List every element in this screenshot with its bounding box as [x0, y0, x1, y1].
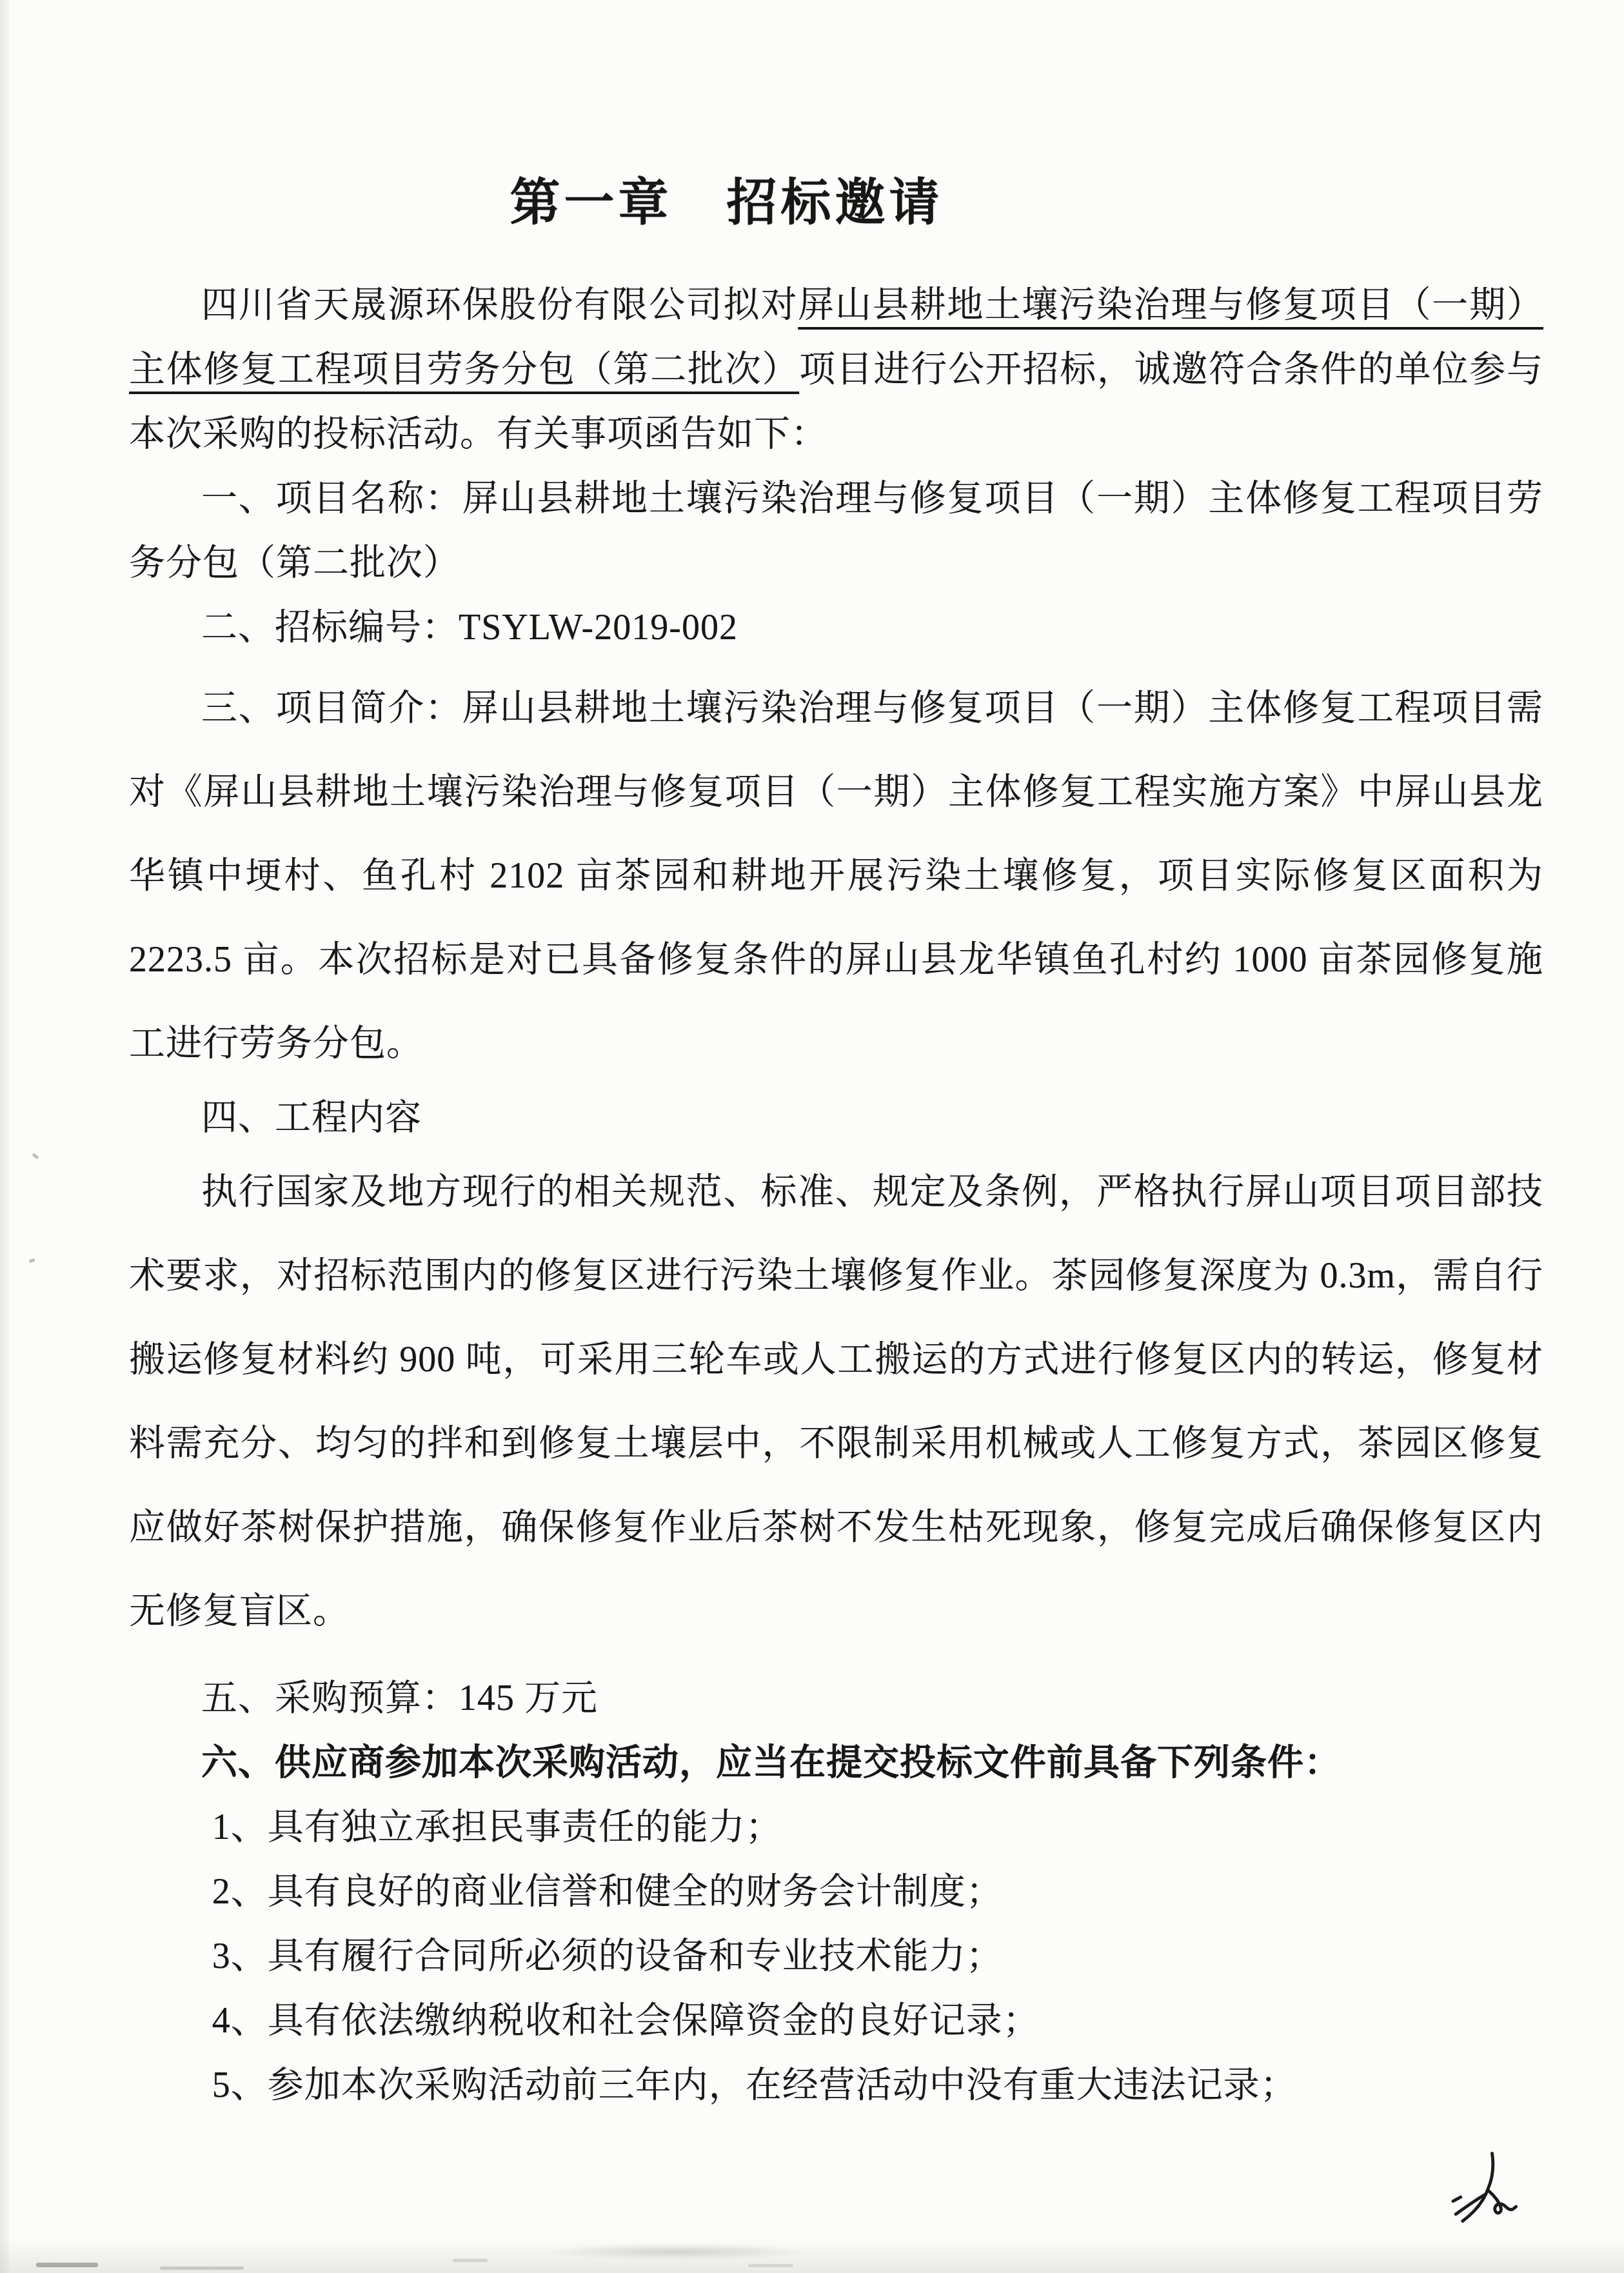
scan-artifact-dash — [160, 2267, 244, 2270]
document-page: 第一章 招标邀请 四川省天晟源环保股份有限公司拟对屏山县耕地土壤污染治理与修复项… — [0, 0, 1624, 2273]
scan-edge-artifact — [0, 0, 9, 2273]
intro-paragraph: 四川省天晟源环保股份有限公司拟对屏山县耕地土壤污染治理与修复项目（一期）主体修复… — [129, 273, 1543, 466]
condition-item-5: 5、参加本次采购活动前三年内，在经营活动中没有重大违法记录； — [129, 2053, 1543, 2118]
section-project-intro: 三、项目简介：屏山县耕地土壤污染治理与修复项目（一期）主体修复工程项目需对《屏山… — [129, 666, 1543, 1086]
section-budget: 五、采购预算：145 万元 — [129, 1666, 1543, 1731]
section-supplier-conditions-heading: 六、供应商参加本次采购活动，应当在提交投标文件前具备下列条件： — [129, 1731, 1543, 1795]
section-project-name: 一、项目名称：屏山县耕地土壤污染治理与修复项目（一期）主体修复工程项目劳务分包（… — [129, 466, 1543, 595]
section-work-content-body: 执行国家及地方现行的相关规范、标准、规定及条例，严格执行屏山项目项目部技术要求，… — [129, 1150, 1543, 1653]
scan-speck — [32, 1153, 39, 1160]
condition-item-2: 2、具有良好的商业信誉和健全的财务会计制度； — [129, 1860, 1543, 1924]
scan-bottom-smudge — [542, 2243, 813, 2260]
condition-item-3: 3、具有履行合同所必须的设备和专业技术能力； — [129, 1924, 1543, 1989]
intro-text-before: 四川省天晟源环保股份有限公司拟对 — [201, 285, 798, 325]
condition-item-1: 1、具有独立承担民事责任的能力； — [129, 1795, 1543, 1860]
scanned-document: { "page": { "title": "第一章 招标邀请" }, "intr… — [0, 0, 1624, 2273]
scan-artifact-dash — [36, 2263, 98, 2267]
section-bid-number: 二、招标编号：TSYLW-2019-002 — [129, 595, 1543, 660]
chapter-title: 第一章 招标邀请 — [19, 171, 1434, 235]
section-work-content-heading: 四、工程内容 — [129, 1086, 1543, 1150]
scan-speck — [28, 1258, 35, 1264]
condition-item-4: 4、具有依法缴纳税收和社会保障资金的良好记录； — [129, 1989, 1543, 2053]
scan-artifact-dash — [748, 2264, 793, 2267]
scan-artifact-dash — [453, 2259, 488, 2262]
handwritten-signature — [1449, 2149, 1525, 2238]
